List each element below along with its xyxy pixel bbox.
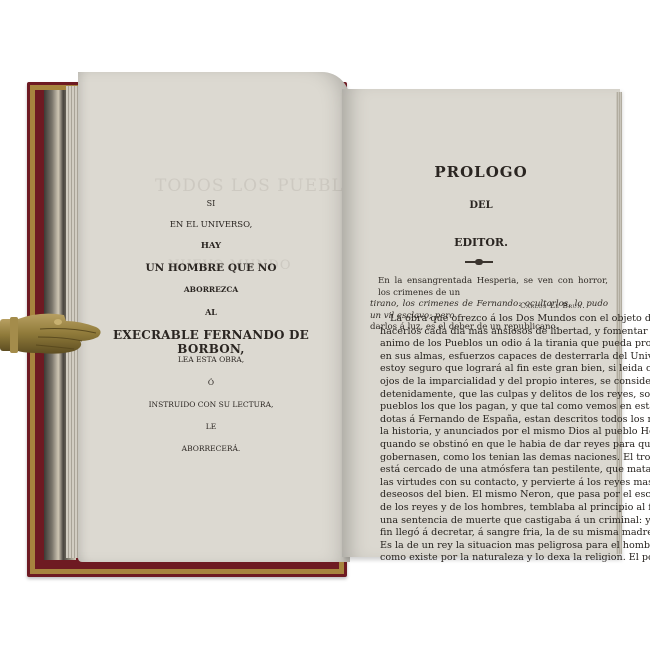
dedication-line: ABORREZCA — [80, 285, 342, 294]
dedication-line: SI — [80, 199, 342, 208]
body-line: quando se obstinó en que le habia de dar… — [380, 439, 608, 452]
dedication-title: EXECRABLE FERNANDO DE BORBON, — [80, 328, 342, 356]
brass-hand-icon — [0, 307, 104, 363]
dedication-line: EN EL UNIVERSO, — [80, 220, 342, 230]
body-line: Es la de un rey la situacion mas peligro… — [380, 540, 608, 553]
dedication-line: AL — [80, 307, 342, 317]
epigraph-line: En la ensangrentada Hesperia, se ven con… — [370, 276, 608, 299]
prologue-subheading: EDITOR. — [350, 236, 612, 249]
dedication-line: LE — [80, 422, 342, 431]
body-line: la historia, y anunciados por el mismo D… — [380, 426, 608, 439]
body-line: de los reyes y de los hombres, temblaba … — [380, 502, 608, 515]
heading-rule-ornament-icon — [465, 261, 493, 263]
body-line: gobernasen, como los tenian las demas na… — [380, 452, 608, 465]
body-line: está cercado de una atmósfera tan pestil… — [380, 464, 608, 477]
prologue-heading: PROLOGO — [350, 163, 612, 181]
show-through-text: TODOS LOS PUEBLOS — [155, 176, 371, 196]
body-line: las virtudes con su contacto, y perviert… — [380, 477, 608, 490]
body-line: hacerlos cada dia mas ansiosos de libert… — [380, 326, 608, 339]
dedication-line: INSTRUIDO CON SU LECTURA, — [80, 400, 342, 409]
body-line: como existe por la naturaleza y lo dexa … — [380, 552, 608, 565]
body-line: estoy seguro que logrará al fin este gra… — [380, 363, 608, 376]
body-line: La obra que ofrezco á los Dos Mundos con… — [380, 313, 608, 326]
prologue-subheading: DEL — [350, 200, 612, 211]
body-line: animo de los Pueblos un odio á la tirani… — [380, 338, 608, 351]
left-page — [78, 72, 350, 562]
body-line: deseosos del bien. El mismo Neron, que p… — [380, 489, 608, 502]
dedication-line: LEA ESTA OBRA, — [80, 355, 342, 364]
body-line: detenidamente, que las culpas y delitos … — [380, 389, 608, 402]
body-line: fin llegó á decretar, á sangre fria, la … — [380, 527, 608, 540]
body-line: una sentencia de muerte que castigaba á … — [380, 515, 608, 528]
dedication-line: Ó — [80, 378, 342, 387]
open-book-photo: TODOS LOS PUEBLOS NUEVO MUNDO SI EN EL U… — [0, 0, 650, 650]
body-line: en sus almas, esfuerzos capaces de deste… — [380, 351, 608, 364]
body-line: pueblos los que los pagan, y que tal com… — [380, 401, 608, 414]
body-line: ojos de la imparcialidad y del propio in… — [380, 376, 608, 389]
dedication-line: UN HOMBRE QUE NO — [80, 262, 342, 274]
prologue-body: La obra que ofrezco á los Dos Mundos con… — [380, 313, 608, 565]
epigraph-author: Carlos Le Brun. — [520, 301, 585, 310]
dedication-line: HAY — [80, 241, 342, 251]
dedication-line: ABORRECERÁ. — [80, 444, 342, 453]
body-line: dotas á Fernando de España, estan descri… — [380, 414, 608, 427]
